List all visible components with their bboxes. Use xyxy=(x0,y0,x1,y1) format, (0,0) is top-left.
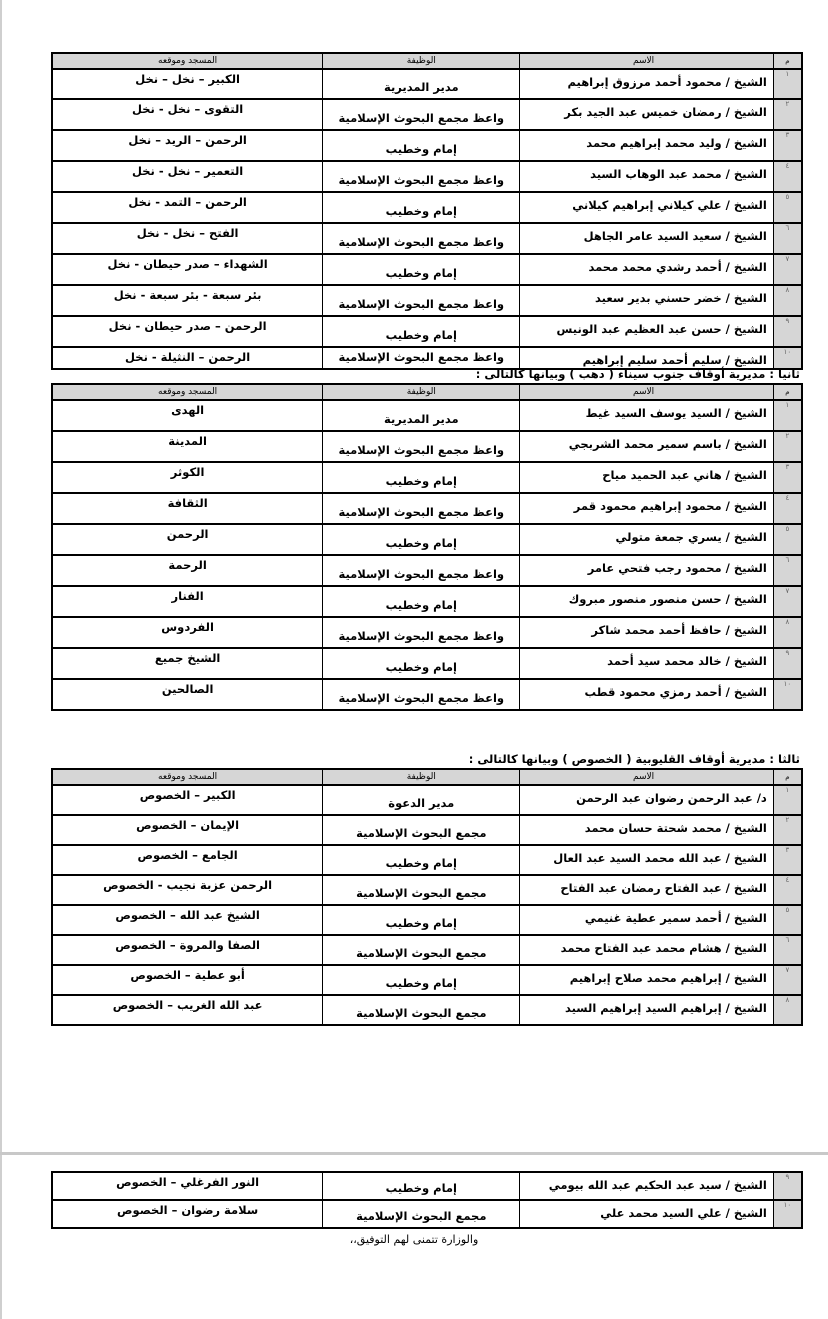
person-name: الشيخ / محمود إبراهيم محمود قمر xyxy=(520,493,773,524)
row-number: ٩ xyxy=(773,648,802,679)
mosque-location-text: الرحمن – صدر حيطان - نخل xyxy=(109,317,267,333)
table-row: ٥الشيخ / أحمد سمير عطية غنيميإمام وخطيبا… xyxy=(52,905,802,935)
mosque-location-text: الشيخ جميع xyxy=(155,649,221,665)
job-title: واعظ مجمع البحوث الإسلامية xyxy=(323,99,520,130)
person-name-text: الشيخ / حسن عبد العظيم عبد الونيس xyxy=(557,317,767,336)
person-name: الشيخ / يسري جمعة متولي xyxy=(520,524,773,555)
person-name-text: د/ عبد الرحمن رضوان عبد الرحمن xyxy=(576,786,767,805)
row-number: ١ xyxy=(773,785,802,815)
job-title-text: إمام وخطيب xyxy=(386,266,457,284)
row-number: ٣ xyxy=(773,462,802,493)
mosque-location-text: التعمير – نخل - نخل xyxy=(132,162,243,178)
person-name: الشيخ / أحمد سمير عطية غنيمي xyxy=(520,905,773,935)
job-title: إمام وخطيب xyxy=(323,905,520,935)
job-title: مدير المديرية xyxy=(323,400,520,431)
person-name-text: الشيخ / علي كيلاني إبراهيم كيلاني xyxy=(572,193,767,212)
person-name-text: الشيخ / هاني عبد الحميد مياح xyxy=(602,463,767,482)
row-number: ١٠ xyxy=(773,347,802,369)
table-row: ١د/ عبد الرحمن رضوان عبد الرحمنمدير الدع… xyxy=(52,785,802,815)
row-number: ٧ xyxy=(773,965,802,995)
row-number: ٨ xyxy=(773,617,802,648)
col-header-job: الوظيفة xyxy=(323,769,520,785)
mosque-location-text: المدينة xyxy=(168,432,207,448)
mosque-location: الرحمن – النثيلة - نخل xyxy=(52,347,323,369)
row-number-text: ١٠ xyxy=(784,680,792,688)
person-name-text: الشيخ / أحمد رمزي محمود قطب xyxy=(585,680,767,699)
job-title-text: مجمع البحوث الإسلامية xyxy=(356,946,486,964)
person-name: الشيخ / عبد الله محمد السيد عبد العال xyxy=(520,845,773,875)
person-name: الشيخ / حسن عبد العظيم عبد الونيس xyxy=(520,316,773,347)
person-name: الشيخ / أحمد رمزي محمود قطب xyxy=(520,679,773,710)
mosque-location: بئر سبعة - بئر سبعة - نخل xyxy=(52,285,323,316)
mosque-location: المدينة xyxy=(52,431,323,462)
job-title: واعظ مجمع البحوث الإسلامية xyxy=(323,617,520,648)
person-name-text: الشيخ / إبراهيم السيد إبراهيم السيد xyxy=(565,996,767,1015)
mosque-location-text: أبو عطية – الخصوص xyxy=(130,966,245,982)
row-number: ٢ xyxy=(773,815,802,845)
job-title: واعظ مجمع البحوث الإسلامية xyxy=(323,285,520,316)
table-row: ٧الشيخ / إبراهيم محمد صلاح إبراهيمإمام و… xyxy=(52,965,802,995)
person-name: الشيخ / السيد يوسف السيد غيط xyxy=(520,400,773,431)
table-row: ٨الشيخ / خضر حسني بدير سعيدواعظ مجمع الب… xyxy=(52,285,802,316)
person-name: الشيخ / هاني عبد الحميد مياح xyxy=(520,462,773,493)
section2-table: م الاسم الوظيفة المسجد وموقعه ١الشيخ / ا… xyxy=(51,383,803,711)
mosque-location: الرحمن – الريد – نخل xyxy=(52,130,323,161)
row-number: ٧ xyxy=(773,586,802,617)
row-number-text: ٧ xyxy=(786,255,790,263)
job-title-text: مجمع البحوث الإسلامية xyxy=(356,1006,486,1024)
row-number-text: ١ xyxy=(786,786,790,794)
row-number-text: ٥ xyxy=(786,193,790,201)
table-row: ٥الشيخ / علي كيلاني إبراهيم كيلانيإمام و… xyxy=(52,192,802,223)
row-number-text: ٢ xyxy=(786,100,790,108)
mosque-location: الشهداء – صدر حيطان - نخل xyxy=(52,254,323,285)
table-row: ١٠الشيخ / أحمد رمزي محمود قطبواعظ مجمع ا… xyxy=(52,679,802,710)
col-header-job: الوظيفة xyxy=(323,53,520,69)
row-number-text: ٢ xyxy=(786,432,790,440)
person-name-text: الشيخ / عبد الله محمد السيد عبد العال xyxy=(553,846,767,865)
col-header-mosque: المسجد وموقعه xyxy=(52,769,323,785)
table-row: ١الشيخ / السيد يوسف السيد غيطمدير المدير… xyxy=(52,400,802,431)
row-number: ٨ xyxy=(773,995,802,1025)
job-title-text: إمام وخطيب xyxy=(386,142,457,160)
closing-note: والوزارة تتمنى لهم التوفيق،، xyxy=(0,1233,828,1246)
person-name: الشيخ / هشام محمد عبد الفتاح محمد xyxy=(520,935,773,965)
page-separator xyxy=(0,1152,828,1155)
table-row: ٢الشيخ / محمد شحتة حسان محمدمجمع البحوث … xyxy=(52,815,802,845)
person-name: الشيخ / علي كيلاني إبراهيم كيلاني xyxy=(520,192,773,223)
table-row: ٤الشيخ / محمود إبراهيم محمود قمرواعظ مجم… xyxy=(52,493,802,524)
row-number: ١٠ xyxy=(773,679,802,710)
row-number-text: ٨ xyxy=(786,996,790,1004)
row-number: ٦ xyxy=(773,223,802,254)
section3-continued-table: ٩الشيخ / سيد عبد الحكيم عبد الله بيوميإم… xyxy=(51,1171,803,1229)
person-name: الشيخ / خضر حسني بدير سعيد xyxy=(520,285,773,316)
row-number-text: ٩ xyxy=(786,1173,790,1181)
row-number: ٥ xyxy=(773,524,802,555)
job-title-text: واعظ مجمع البحوث الإسلامية xyxy=(338,173,504,191)
mosque-location-text: الإيمان – الخصوص xyxy=(136,816,239,832)
job-title-text: إمام وخطيب xyxy=(386,976,457,994)
job-title-text: مجمع البحوث الإسلامية xyxy=(356,1209,486,1227)
table-row: ٨الشيخ / حافظ أحمد محمد شاكرواعظ مجمع ال… xyxy=(52,617,802,648)
person-name: الشيخ / عبد الفتاح رمضان عبد الفتاح xyxy=(520,875,773,905)
person-name-text: الشيخ / هشام محمد عبد الفتاح محمد xyxy=(561,936,767,955)
mosque-location: الفنار xyxy=(52,586,323,617)
job-title-text: إمام وخطيب xyxy=(386,598,457,616)
col-header-name: الاسم xyxy=(520,53,773,69)
table-row: ٤الشيخ / محمد عبد الوهاب السيدواعظ مجمع … xyxy=(52,161,802,192)
person-name: الشيخ / محمد عبد الوهاب السيد xyxy=(520,161,773,192)
job-title-text: إمام وخطيب xyxy=(386,916,457,934)
person-name: الشيخ / محمد شحتة حسان محمد xyxy=(520,815,773,845)
table-row: ٢الشيخ / باسم سمير محمد الشربجيواعظ مجمع… xyxy=(52,431,802,462)
row-number-text: ٧ xyxy=(786,587,790,595)
row-number-text: ٤ xyxy=(786,494,790,502)
person-name: الشيخ / إبراهيم محمد صلاح إبراهيم xyxy=(520,965,773,995)
job-title-text: واعظ مجمع البحوث الإسلامية xyxy=(338,297,504,315)
row-number-text: ٧ xyxy=(786,966,790,974)
row-number: ٤ xyxy=(773,875,802,905)
mosque-location-text: الرحمن – النثيلة - نخل xyxy=(125,348,250,364)
table-row: ٩الشيخ / حسن عبد العظيم عبد الونيسإمام و… xyxy=(52,316,802,347)
mosque-location: الشيخ عبد الله – الخصوص xyxy=(52,905,323,935)
col-header-num: م xyxy=(773,53,802,69)
job-title: مجمع البحوث الإسلامية xyxy=(323,875,520,905)
person-name-text: الشيخ / إبراهيم محمد صلاح إبراهيم xyxy=(570,966,767,985)
person-name: الشيخ / محمود أحمد مرزوق إبراهيم xyxy=(520,69,773,99)
person-name-text: الشيخ / محمد شحتة حسان محمد xyxy=(585,816,767,835)
person-name: الشيخ / إبراهيم السيد إبراهيم السيد xyxy=(520,995,773,1025)
mosque-location: الرحمن – التمد - نخل xyxy=(52,192,323,223)
mosque-location-text: الجامع – الخصوص xyxy=(138,846,238,862)
job-title-text: مدير المديرية xyxy=(384,412,459,430)
mosque-location: الفردوس xyxy=(52,617,323,648)
row-number: ٩ xyxy=(773,1172,802,1200)
table-row: ٧الشيخ / أحمد رشدي محمد محمدإمام وخطيبال… xyxy=(52,254,802,285)
job-title: واعظ مجمع البحوث الإسلامية xyxy=(323,555,520,586)
job-title: واعظ مجمع البحوث الإسلامية xyxy=(323,347,520,369)
table-row: ٣الشيخ / وليد محمد إبراهيم محمدإمام وخطي… xyxy=(52,130,802,161)
person-name: د/ عبد الرحمن رضوان عبد الرحمن xyxy=(520,785,773,815)
row-number-text: ٢ xyxy=(786,816,790,824)
mosque-location-text: النور الفرغلي – الخصوص xyxy=(116,1173,259,1189)
row-number-text: ٦ xyxy=(786,936,790,944)
mosque-location: الكبير – الخصوص xyxy=(52,785,323,815)
mosque-location: النور الفرغلي – الخصوص xyxy=(52,1172,323,1200)
mosque-location: الثقافة xyxy=(52,493,323,524)
job-title-text: مجمع البحوث الإسلامية xyxy=(356,886,486,904)
person-name-text: الشيخ / محمود رجب فتحي عامر xyxy=(588,556,767,575)
mosque-location: الفتح – نخل - نخل xyxy=(52,223,323,254)
job-title-text: مدير المديرية xyxy=(384,80,459,98)
table-header-row: م الاسم الوظيفة المسجد وموقعه xyxy=(52,53,802,69)
job-title-text: مدير الدعوة xyxy=(388,796,454,814)
mosque-location-text: الرحمن – التمد - نخل xyxy=(128,193,246,209)
person-name-text: الشيخ / سيد عبد الحكيم عبد الله بيومي xyxy=(549,1173,767,1192)
row-number: ٥ xyxy=(773,905,802,935)
row-number: ٦ xyxy=(773,935,802,965)
mosque-location-text: الثقافة xyxy=(168,494,208,510)
row-number-text: ١٠ xyxy=(784,1201,792,1209)
mosque-location-text: سلامة رضوان – الخصوص xyxy=(117,1201,258,1217)
section2-title: ثانيا : مديرية أوقاف جنوب سيناء ( دهب ) … xyxy=(476,367,800,381)
person-name-text: الشيخ / محمود إبراهيم محمود قمر xyxy=(574,494,767,513)
job-title: إمام وخطيب xyxy=(323,130,520,161)
mosque-location: الكوثر xyxy=(52,462,323,493)
person-name-text: الشيخ / محمود أحمد مرزوق إبراهيم xyxy=(567,70,766,89)
row-number-text: ٩ xyxy=(786,649,790,657)
row-number: ٨ xyxy=(773,285,802,316)
person-name-text: الشيخ / خضر حسني بدير سعيد xyxy=(595,286,767,305)
table-row: ١٠الشيخ / سليم أحمد سليم إبراهيمواعظ مجم… xyxy=(52,347,802,369)
mosque-location: الرحمة xyxy=(52,555,323,586)
person-name: الشيخ / أحمد رشدي محمد محمد xyxy=(520,254,773,285)
person-name-text: الشيخ / باسم سمير محمد الشربجي xyxy=(569,432,767,451)
person-name-text: الشيخ / عبد الفتاح رمضان عبد الفتاح xyxy=(560,876,766,895)
person-name-text: الشيخ / سعيد السيد عامر الجاهل xyxy=(584,224,767,243)
mosque-location: الجامع – الخصوص xyxy=(52,845,323,875)
mosque-location: التعمير – نخل - نخل xyxy=(52,161,323,192)
job-title-text: واعظ مجمع البحوث الإسلامية xyxy=(338,629,504,647)
table-row: ٧الشيخ / حسن منصور منصور مبروكإمام وخطيب… xyxy=(52,586,802,617)
person-name: الشيخ / علي السيد محمد علي xyxy=(520,1200,773,1228)
col-header-num: م xyxy=(773,384,802,400)
row-number-text: ٣ xyxy=(786,846,790,854)
row-number-text: ٥ xyxy=(786,525,790,533)
job-title-text: إمام وخطيب xyxy=(386,536,457,554)
row-number: ٣ xyxy=(773,845,802,875)
mosque-location-text: الهدى xyxy=(171,401,204,417)
person-name: الشيخ / محمود رجب فتحي عامر xyxy=(520,555,773,586)
mosque-location-text: الصالحين xyxy=(162,680,214,696)
person-name: الشيخ / باسم سمير محمد الشربجي xyxy=(520,431,773,462)
table-row: ٥الشيخ / يسري جمعة متوليإمام وخطيبالرحمن xyxy=(52,524,802,555)
job-title: إمام وخطيب xyxy=(323,965,520,995)
job-title: واعظ مجمع البحوث الإسلامية xyxy=(323,223,520,254)
mosque-location-text: بئر سبعة - بئر سبعة - نخل xyxy=(114,286,262,302)
col-header-name: الاسم xyxy=(520,769,773,785)
row-number-text: ١ xyxy=(786,70,790,78)
person-name-text: الشيخ / خالد محمد سيد أحمد xyxy=(607,649,767,668)
job-title-text: واعظ مجمع البحوث الإسلامية xyxy=(338,350,504,368)
person-name-text: الشيخ / أحمد رشدي محمد محمد xyxy=(588,255,766,274)
job-title: إمام وخطيب xyxy=(323,462,520,493)
table-row: ١٠الشيخ / علي السيد محمد عليمجمع البحوث … xyxy=(52,1200,802,1228)
col-header-mosque: المسجد وموقعه xyxy=(52,53,323,69)
job-title: إمام وخطيب xyxy=(323,316,520,347)
row-number: ٢ xyxy=(773,99,802,130)
page-edge xyxy=(0,0,2,1152)
row-number-text: ٣ xyxy=(786,131,790,139)
job-title-text: مجمع البحوث الإسلامية xyxy=(356,826,486,844)
job-title: واعظ مجمع البحوث الإسلامية xyxy=(323,161,520,192)
job-title: واعظ مجمع البحوث الإسلامية xyxy=(323,679,520,710)
job-title: مدير المديرية xyxy=(323,69,520,99)
row-number-text: ١٠ xyxy=(784,348,792,356)
mosque-location-text: الكبير – نخل – نخل xyxy=(135,70,240,86)
job-title: إمام وخطيب xyxy=(323,192,520,223)
job-title-text: إمام وخطيب xyxy=(386,474,457,492)
job-title-text: واعظ مجمع البحوث الإسلامية xyxy=(338,567,504,585)
table-header-row: م الاسم الوظيفة المسجد وموقعه xyxy=(52,769,802,785)
job-title-text: واعظ مجمع البحوث الإسلامية xyxy=(338,691,504,709)
row-number: ١ xyxy=(773,69,802,99)
job-title: مجمع البحوث الإسلامية xyxy=(323,815,520,845)
section3-table: م الاسم الوظيفة المسجد وموقعه ١د/ عبد ال… xyxy=(51,768,803,1026)
mosque-location-text: الرحمن xyxy=(167,525,209,541)
job-title-text: إمام وخطيب xyxy=(386,204,457,222)
table-row: ٣الشيخ / عبد الله محمد السيد عبد العالإم… xyxy=(52,845,802,875)
job-title: إمام وخطيب xyxy=(323,524,520,555)
row-number-text: ٦ xyxy=(786,224,790,232)
mosque-location: الشيخ جميع xyxy=(52,648,323,679)
job-title-text: واعظ مجمع البحوث الإسلامية xyxy=(338,505,504,523)
job-title: مجمع البحوث الإسلامية xyxy=(323,995,520,1025)
row-number: ٢ xyxy=(773,431,802,462)
row-number-text: ٤ xyxy=(786,876,790,884)
job-title: واعظ مجمع البحوث الإسلامية xyxy=(323,431,520,462)
mosque-location: أبو عطية – الخصوص xyxy=(52,965,323,995)
row-number: ٣ xyxy=(773,130,802,161)
row-number: ٩ xyxy=(773,316,802,347)
mosque-location: الصفا والمروة – الخصوص xyxy=(52,935,323,965)
person-name-text: الشيخ / حسن منصور منصور مبروك xyxy=(569,587,767,606)
mosque-location-text: الفنار xyxy=(172,587,204,603)
job-title-text: واعظ مجمع البحوث الإسلامية xyxy=(338,443,504,461)
person-name-text: الشيخ / وليد محمد إبراهيم محمد xyxy=(586,131,767,150)
mosque-location: الهدى xyxy=(52,400,323,431)
mosque-location-text: الصفا والمروة – الخصوص xyxy=(115,936,260,952)
job-title: مدير الدعوة xyxy=(323,785,520,815)
row-number: ١٠ xyxy=(773,1200,802,1228)
mosque-location-text: الكبير – الخصوص xyxy=(140,786,236,802)
job-title: واعظ مجمع البحوث الإسلامية xyxy=(323,493,520,524)
row-number: ١ xyxy=(773,400,802,431)
col-header-job: الوظيفة xyxy=(323,384,520,400)
job-title-text: واعظ مجمع البحوث الإسلامية xyxy=(338,111,504,129)
mosque-location: الرحمن – صدر حيطان - نخل xyxy=(52,316,323,347)
table-row: ٦الشيخ / هشام محمد عبد الفتاح محمدمجمع ا… xyxy=(52,935,802,965)
mosque-location-text: الفردوس xyxy=(161,618,214,634)
col-header-name: الاسم xyxy=(520,384,773,400)
person-name: الشيخ / سيد عبد الحكيم عبد الله بيومي xyxy=(520,1172,773,1200)
person-name-text: الشيخ / رمضان خميس عبد الجيد بكر xyxy=(564,100,767,119)
mosque-location-text: الرحمن عزبة نجيب - الخصوص xyxy=(103,876,272,892)
row-number-text: ٥ xyxy=(786,906,790,914)
row-number: ٥ xyxy=(773,192,802,223)
person-name: الشيخ / حسن منصور منصور مبروك xyxy=(520,586,773,617)
row-number-text: ٤ xyxy=(786,162,790,170)
table-row: ٦الشيخ / سعيد السيد عامر الجاهلواعظ مجمع… xyxy=(52,223,802,254)
row-number-text: ١ xyxy=(786,401,790,409)
table-row: ٦الشيخ / محمود رجب فتحي عامرواعظ مجمع ال… xyxy=(52,555,802,586)
mosque-location-text: الرحمن – الريد – نخل xyxy=(128,131,247,147)
mosque-location-text: الشهداء – صدر حيطان - نخل xyxy=(108,255,268,271)
table-row: ٩الشيخ / سيد عبد الحكيم عبد الله بيوميإم… xyxy=(52,1172,802,1200)
mosque-location-text: التقوى – نخل - نخل xyxy=(132,100,243,116)
job-title-text: إمام وخطيب xyxy=(386,660,457,678)
job-title: إمام وخطيب xyxy=(323,648,520,679)
mosque-location-text: عبد الله الغريب – الخصوص xyxy=(113,996,263,1012)
table-row: ١الشيخ / محمود أحمد مرزوق إبراهيممدير ال… xyxy=(52,69,802,99)
mosque-location: الإيمان – الخصوص xyxy=(52,815,323,845)
person-name: الشيخ / سليم أحمد سليم إبراهيم xyxy=(520,347,773,369)
table-row: ٣الشيخ / هاني عبد الحميد مياحإمام وخطيبا… xyxy=(52,462,802,493)
row-number-text: ٨ xyxy=(786,286,790,294)
table-header-row: م الاسم الوظيفة المسجد وموقعه xyxy=(52,384,802,400)
col-header-num: م xyxy=(773,769,802,785)
mosque-location: عبد الله الغريب – الخصوص xyxy=(52,995,323,1025)
section1-table: م الاسم الوظيفة المسجد وموقعه ١الشيخ / م… xyxy=(51,52,803,370)
row-number: ٤ xyxy=(773,493,802,524)
person-name-text: الشيخ / السيد يوسف السيد غيط xyxy=(586,401,767,420)
table-row: ٢الشيخ / رمضان خميس عبد الجيد بكرواعظ مج… xyxy=(52,99,802,130)
person-name: الشيخ / حافظ أحمد محمد شاكر xyxy=(520,617,773,648)
mosque-location-text: الكوثر xyxy=(171,463,205,479)
row-number: ٦ xyxy=(773,555,802,586)
person-name: الشيخ / خالد محمد سيد أحمد xyxy=(520,648,773,679)
row-number-text: ٨ xyxy=(786,618,790,626)
person-name-text: الشيخ / حافظ أحمد محمد شاكر xyxy=(591,618,766,637)
mosque-location: الكبير – نخل – نخل xyxy=(52,69,323,99)
job-title: إمام وخطيب xyxy=(323,845,520,875)
mosque-location: الرحمن عزبة نجيب - الخصوص xyxy=(52,875,323,905)
job-title: مجمع البحوث الإسلامية xyxy=(323,935,520,965)
table-row: ٩الشيخ / خالد محمد سيد أحمدإمام وخطيبالش… xyxy=(52,648,802,679)
person-name: الشيخ / وليد محمد إبراهيم محمد xyxy=(520,130,773,161)
section3-title: ثالثا : مديرية أوقاف القليوبية ( الخصوص … xyxy=(469,752,800,766)
mosque-location-text: الرحمة xyxy=(168,556,206,572)
person-name-text: الشيخ / أحمد سمير عطية غنيمي xyxy=(585,906,767,925)
person-name: الشيخ / سعيد السيد عامر الجاهل xyxy=(520,223,773,254)
job-title-text: واعظ مجمع البحوث الإسلامية xyxy=(338,235,504,253)
person-name-text: الشيخ / علي السيد محمد علي xyxy=(600,1201,767,1220)
row-number: ٧ xyxy=(773,254,802,285)
job-title-text: إمام وخطيب xyxy=(386,856,457,874)
person-name: الشيخ / رمضان خميس عبد الجيد بكر xyxy=(520,99,773,130)
row-number-text: ٣ xyxy=(786,463,790,471)
mosque-location-text: الشيخ عبد الله – الخصوص xyxy=(115,906,259,922)
mosque-location: الرحمن xyxy=(52,524,323,555)
table-row: ٤الشيخ / عبد الفتاح رمضان عبد الفتاحمجمع… xyxy=(52,875,802,905)
table-row: ٨الشيخ / إبراهيم السيد إبراهيم السيدمجمع… xyxy=(52,995,802,1025)
job-title-text: إمام وخطيب xyxy=(386,1181,457,1199)
mosque-location: سلامة رضوان – الخصوص xyxy=(52,1200,323,1228)
mosque-location-text: الفتح – نخل - نخل xyxy=(137,224,239,240)
person-name-text: الشيخ / محمد عبد الوهاب السيد xyxy=(590,162,767,181)
person-name-text: الشيخ / سليم أحمد سليم إبراهيم xyxy=(583,348,767,367)
row-number-text: ٩ xyxy=(786,317,790,325)
job-title-text: إمام وخطيب xyxy=(386,328,457,346)
job-title: إمام وخطيب xyxy=(323,586,520,617)
row-number-text: ٦ xyxy=(786,556,790,564)
mosque-location: الصالحين xyxy=(52,679,323,710)
job-title: مجمع البحوث الإسلامية xyxy=(323,1200,520,1228)
job-title: إمام وخطيب xyxy=(323,254,520,285)
row-number: ٤ xyxy=(773,161,802,192)
person-name-text: الشيخ / يسري جمعة متولي xyxy=(616,525,767,544)
col-header-mosque: المسجد وموقعه xyxy=(52,384,323,400)
job-title: إمام وخطيب xyxy=(323,1172,520,1200)
mosque-location: التقوى – نخل - نخل xyxy=(52,99,323,130)
